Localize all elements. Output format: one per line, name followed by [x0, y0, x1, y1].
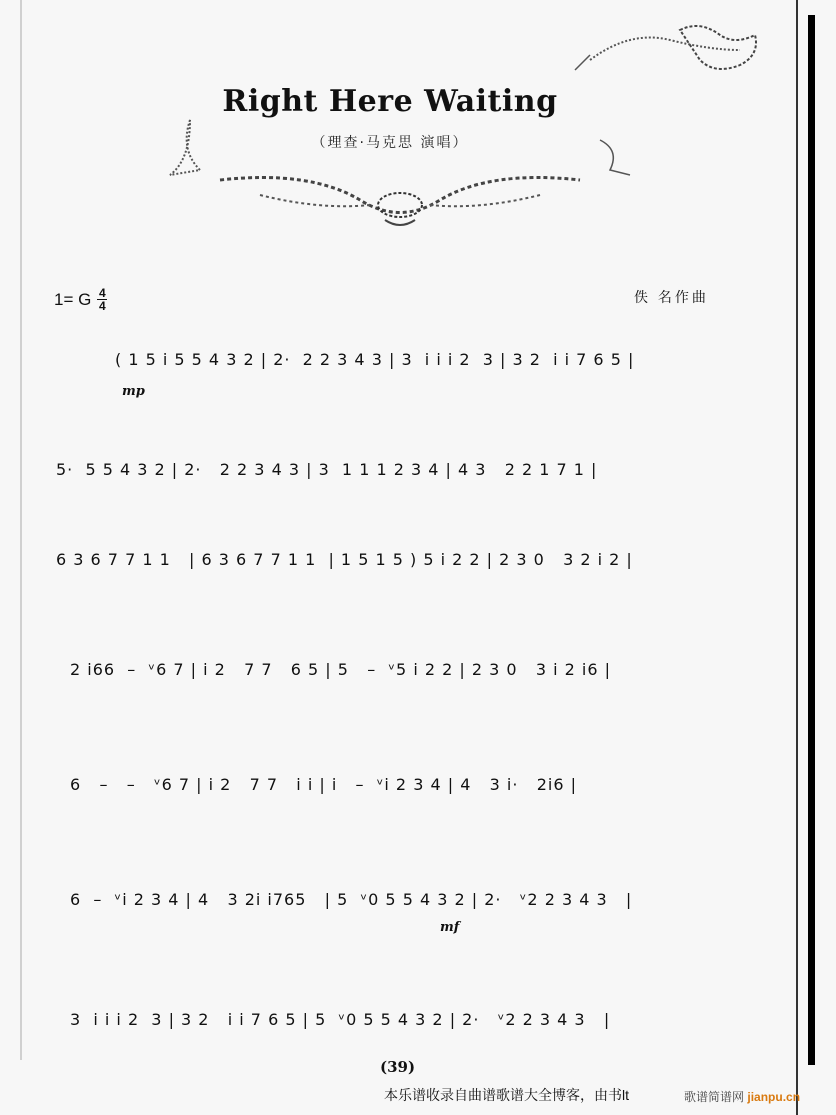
score-line-5: 6 – – ᵛ6 7 | i 2 7 7 i i | i – ᵛi 2 3 4 …	[40, 755, 750, 815]
song-title: Right Here Waiting	[0, 84, 780, 119]
score-line-notes: 2 i66 – ᵛ6 7 | i 2 7 7 6 5 | 5 – ᵛ5 i 2 …	[70, 660, 780, 679]
score-line-notes: 6 – ᵛi 2 3 4 | 4 3 2i i765 | 5 ᵛ0 5 5 4 …	[70, 890, 780, 909]
score-line-6: 6 – ᵛi 2 3 4 | 4 3 2i i765 | 5 ᵛ0 5 5 4 …	[40, 870, 750, 930]
key-signature: 1= G 4 4	[54, 287, 107, 312]
time-signature-top: 4	[99, 287, 106, 299]
score-line-1: ( 1 5 i 5 5 4 3 2 | 2· 2 2 3 4 3 | 3 i i…	[40, 330, 750, 390]
song-subtitle: （理查·马克思 演唱）	[0, 132, 780, 152]
site-watermark: 歌谱简谱网 jianpu.cn	[684, 1088, 800, 1105]
time-signature-bottom: 4	[99, 300, 106, 312]
score-line-3: 6 3 6 7 7 1 1 | 6 3 6 7 7 1 1 | 1 5 1 5 …	[40, 530, 750, 590]
corner-ornament-icon	[570, 10, 770, 90]
score-line-2: 5· 5 5 4 3 2 | 2· 2 2 3 4 3 | 3 1 1 1 2 …	[40, 440, 750, 500]
dynamic-marking-mp: mp	[122, 384, 145, 399]
score-line-4: 2 i66 – ᵛ6 7 | i 2 7 7 6 5 | 5 – ᵛ5 i 2 …	[40, 640, 750, 700]
score-line-7: 3 i i i 2 3 | 3 2 i i 7 6 5 | 5 ᵛ0 5 5 4…	[40, 990, 750, 1050]
page-right-edge-thick	[808, 15, 815, 1065]
page-number: (39)	[380, 1058, 415, 1076]
page-left-border	[20, 0, 22, 1060]
key-label: 1= G	[54, 290, 91, 310]
watermark-domain: jianpu.cn	[747, 1090, 800, 1104]
score-line-notes: 3 i i i 2 3 | 3 2 i i 7 6 5 | 5 ᵛ0 5 5 4…	[70, 1010, 780, 1029]
watermark-text: 歌谱简谱网	[684, 1090, 744, 1104]
score-line-notes: ( 1 5 i 5 5 4 3 2 | 2· 2 2 3 4 3 | 3 i i…	[115, 350, 825, 369]
time-signature: 4 4	[97, 287, 107, 312]
score-line-notes: 6 – – ᵛ6 7 | i 2 7 7 i i | i – ᵛi 2 3 4 …	[70, 775, 780, 794]
source-note: 本乐谱收录自曲谱歌谱大全博客，由书lt	[384, 1085, 629, 1105]
score-line-notes: 5· 5 5 4 3 2 | 2· 2 2 3 4 3 | 3 1 1 1 2 …	[56, 460, 766, 479]
title-ornament-icon	[160, 100, 640, 250]
score-line-notes: 6 3 6 7 7 1 1 | 6 3 6 7 7 1 1 | 1 5 1 5 …	[56, 550, 766, 569]
composer-credit: 佚 名作曲	[634, 287, 709, 307]
dynamic-marking-mf: mf	[440, 920, 459, 935]
page-right-edge-thin	[796, 0, 798, 1115]
